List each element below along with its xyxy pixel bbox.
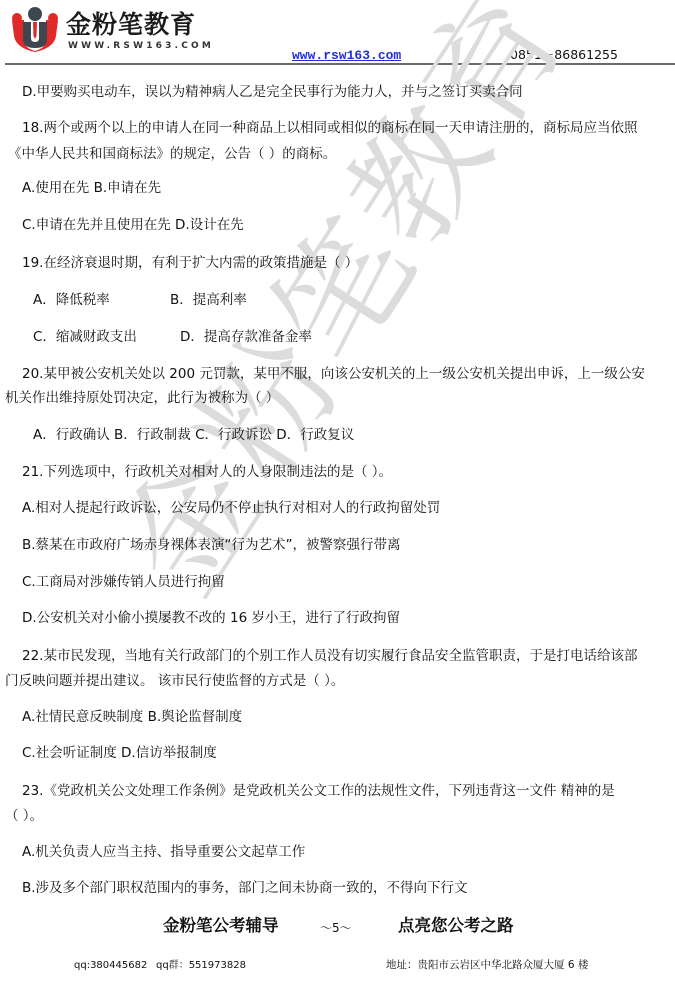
text-line-q23-stem-1: 23.《党政机关公文处理工作条例》是党政机关公文工作的法规性文件，下列违背这一文…	[22, 785, 615, 799]
text-line-q22-ab: A.社情民意反映制度 B.舆论监督制度	[22, 711, 242, 725]
text-line-q19-stem: 19.在经济衰退时期，有利于扩大内需的政策措施是（ ）	[22, 257, 358, 271]
text-line-q21-d: D.公安机关对小偷小摸屡教不改的 16 岁小王，进行了行政拘留	[22, 612, 400, 626]
text-line-q19-a: A．降低税率	[33, 294, 110, 308]
text-line-q23-a: A.机关负责人应当主持、指导重要公文起草工作	[22, 846, 305, 860]
text-line-q22-cd: C.社会听证制度 D.信访举报制度	[22, 747, 217, 761]
text-line-q18-stem-2: 《中华人民共和国商标法》的规定，公告（ ）的商标。	[8, 148, 336, 162]
text-line-q23-stem-2: （ ）。	[5, 810, 43, 824]
text-line-q17-d: D.甲要购买电动车，误以为精神病人乙是完全民事行为能力人，并与之签订买卖合同	[22, 86, 523, 100]
text-line-q21-a: A.相对人提起行政诉讼，公安局仍不停止执行对相对人的行政拘留处罚	[22, 502, 440, 516]
text-line-q19-b: B．提高利率	[170, 294, 247, 308]
text-line-q18-ab: A.使用在先 B.申请在先	[22, 182, 161, 196]
question-content: D.甲要购买电动车，误以为精神病人乙是完全民事行为能力人，并与之签订买卖合同18…	[0, 0, 675, 993]
text-line-q20-stem-1: 20.某甲被公安机关处以 200 元罚款，某甲不服，向该公安机关的上一级公安机关…	[22, 368, 645, 382]
text-line-q20-stem-2: 机关作出维持原处罚决定，此行为被称为（ ）	[5, 392, 279, 406]
text-line-q20-options: A．行政确认 B．行政制裁 C．行政诉讼 D．行政复议	[33, 429, 354, 443]
document-page: 金粉笔教育 WWW.RSW163.COM www.rsw163.com 0851…	[0, 0, 675, 993]
text-line-q22-stem-2: 门反映问题并提出建议。 该市民行使监督的方式是（ ）。	[5, 675, 344, 689]
text-line-q23-b: B.涉及多个部门职权范围内的事务，部门之间未协商一致的，不得向下行文	[22, 882, 468, 896]
text-line-q19-c: C．缩减财政支出	[33, 331, 137, 345]
text-line-q21-b: B.蔡某在市政府广场赤身裸体表演“行为艺术”，被警察强行带离	[22, 539, 401, 553]
text-line-q18-stem-1: 18.两个或两个以上的申请人在同一种商品上以相同或相似的商标在同一天申请注册的，…	[22, 122, 637, 136]
text-line-q21-stem: 21.下列选项中，行政机关对相对人的人身限制违法的是（ ）。	[22, 466, 392, 480]
text-line-q19-d: D．提高存款准备金率	[180, 331, 312, 345]
text-line-q22-stem-1: 22.某市民发现，当地有关行政部门的个别工作人员没有切实履行食品安全监管职责，于…	[22, 650, 637, 664]
text-line-q18-cd: C.申请在先并且使用在先 D.设计在先	[22, 219, 244, 233]
text-line-q21-c: C.工商局对涉嫌传销人员进行拘留	[22, 576, 225, 590]
